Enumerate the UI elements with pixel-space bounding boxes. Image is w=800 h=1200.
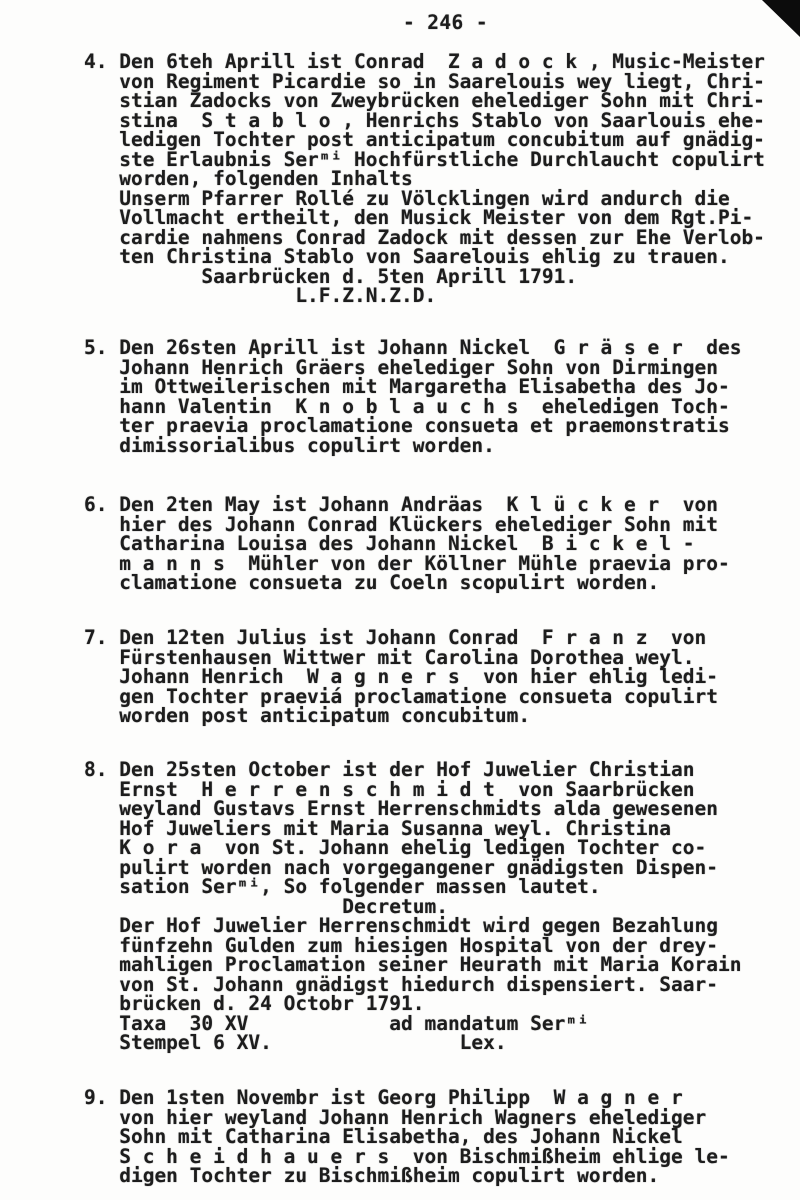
register-entry-9: 9. Den 1sten Novembr ist Georg Philipp W… bbox=[84, 1088, 730, 1186]
scanned-register-page: - 246 - 4. Den 6teh Aprill ist Conrad Z … bbox=[0, 0, 800, 1200]
page-number: - 246 - bbox=[403, 11, 488, 34]
register-entry-5: 5. Den 26sten Aprill ist Johann Nickel G… bbox=[84, 338, 741, 455]
register-entry-8: 8. Den 25sten October ist der Hof Juweli… bbox=[84, 760, 741, 1053]
register-entry-4: 4. Den 6teh Aprill ist Conrad Z a d o c … bbox=[84, 52, 765, 306]
scan-corner-artifact bbox=[762, 0, 800, 37]
register-entry-7: 7. Den 12ten Julius ist Johann Conrad F … bbox=[84, 628, 718, 726]
register-entry-6: 6. Den 2ten May ist Johann Andräas K l ü… bbox=[84, 495, 730, 593]
